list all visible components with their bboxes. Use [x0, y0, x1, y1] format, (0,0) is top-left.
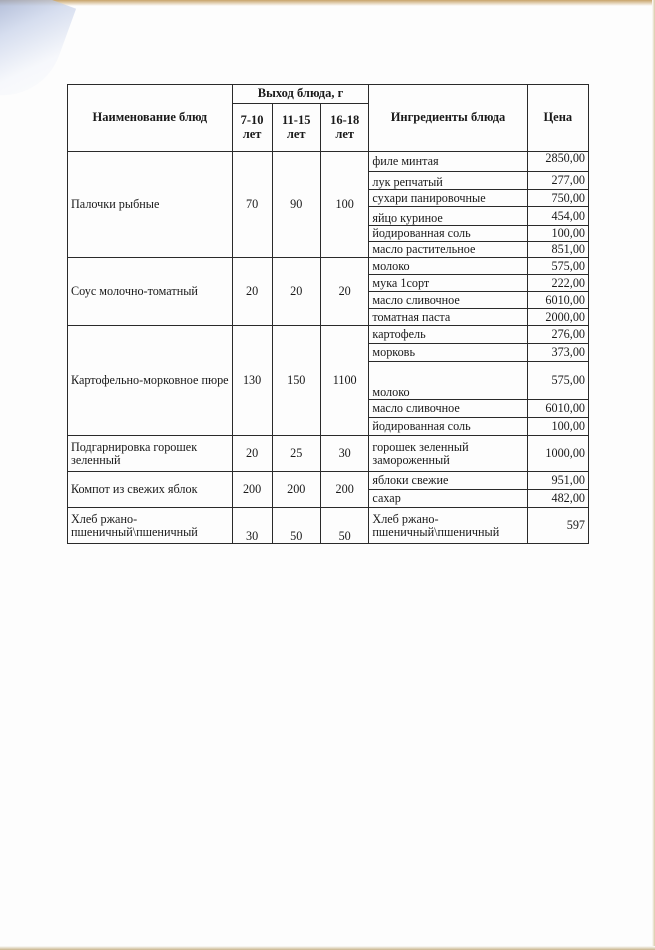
ingredient-price: 951,00: [527, 472, 588, 490]
ingredient-name: йодированная соль: [369, 418, 527, 436]
ingredient-name: масло сливочное: [369, 400, 527, 418]
ingredient-price: 851,00: [527, 242, 588, 258]
header-row-1: Наименование блюд Выход блюда, г Ингреди…: [68, 85, 589, 104]
ingredient-price: 750,00: [527, 190, 588, 207]
ingredient-price: 100,00: [527, 418, 588, 436]
ingredient-name: масло растительное: [369, 242, 527, 258]
ingredient-price: 277,00: [527, 172, 588, 190]
table-row: Соус молочно-томатный202020молоко575,00: [68, 258, 589, 275]
header-dish-name: Наименование блюд: [68, 85, 233, 152]
dish-yield-age-1: 25: [272, 436, 320, 472]
ingredient-price: 482,00: [527, 490, 588, 508]
dish-yield-age-0: 200: [232, 472, 272, 508]
ingredient-name: сахар: [369, 490, 527, 508]
table-row: Картофельно-морковное пюре1301501100карт…: [68, 326, 589, 344]
ingredient-price: 2850,00: [527, 152, 588, 172]
header-ingredients: Ингредиенты блюда: [369, 85, 527, 152]
dish-yield-age-2: 100: [320, 152, 368, 258]
ingredient-price: 100,00: [527, 226, 588, 242]
table-body: Палочки рыбные7090100филе минтая2850,00 …: [68, 152, 589, 544]
ingredient-name: яйцо куриное: [369, 207, 527, 226]
table-row: Компот из свежих яблок200200200яблоки св…: [68, 472, 589, 490]
ingredient-name: масло сливочное: [369, 292, 527, 309]
ingredient-price: 373,00: [527, 344, 588, 362]
ingredient-name: Хлеб ржано-пшеничный\пшеничный: [369, 508, 527, 544]
dish-yield-age-1: 20: [272, 258, 320, 326]
dish-name: Компот из свежих яблок: [68, 472, 233, 508]
dish-name: Соус молочно-томатный: [68, 258, 233, 326]
dish-yield-age-0: 130: [232, 326, 272, 436]
dish-name: Палочки рыбные: [68, 152, 233, 258]
ingredient-name: картофель: [369, 326, 527, 344]
table-row: Подгарнировка горошек зеленный202530горо…: [68, 436, 589, 472]
ingredient-name: яблоки свежие: [369, 472, 527, 490]
ingredient-name: молоко: [369, 258, 527, 275]
header-age-11-15: 11-15 лет: [272, 104, 320, 152]
paper-edge-top: [0, 0, 655, 6]
ingredient-price: 6010,00: [527, 400, 588, 418]
dish-yield-age-2: 1100: [320, 326, 368, 436]
dish-yield-age-1: 150: [272, 326, 320, 436]
dish-yield-age-1: 200: [272, 472, 320, 508]
ingredient-name: молоко: [369, 362, 527, 400]
ingredient-name: йодированная соль: [369, 226, 527, 242]
table-row: Палочки рыбные7090100филе минтая2850,00: [68, 152, 589, 172]
dish-yield-age-0: 20: [232, 258, 272, 326]
ingredient-price: 1000,00: [527, 436, 588, 472]
table-row: Хлеб ржано-пшеничный\пшеничный305050Хлеб…: [68, 508, 589, 544]
menu-ingredients-table: Наименование блюд Выход блюда, г Ингреди…: [67, 84, 589, 544]
ingredient-price: 222,00: [527, 275, 588, 292]
dish-yield-age-2: 50: [320, 508, 368, 544]
dish-yield-age-2: 200: [320, 472, 368, 508]
ingredient-name: мука 1сорт: [369, 275, 527, 292]
ingredient-name: томатная паста: [369, 309, 527, 326]
dish-yield-age-2: 20: [320, 258, 368, 326]
header-price: Цена: [527, 85, 588, 152]
ingredient-price: 276,00: [527, 326, 588, 344]
dish-name: Хлеб ржано-пшеничный\пшеничный: [68, 508, 233, 544]
ingredient-name: лук репчатый: [369, 172, 527, 190]
ingredient-price: 454,00: [527, 207, 588, 226]
dish-yield-age-1: 90: [272, 152, 320, 258]
ingredient-name: сухари панировочные: [369, 190, 527, 207]
dish-yield-age-0: 30: [232, 508, 272, 544]
ingredient-price: 2000,00: [527, 309, 588, 326]
header-yield-group: Выход блюда, г: [232, 85, 369, 104]
dish-name: Картофельно-морковное пюре: [68, 326, 233, 436]
dish-yield-age-0: 20: [232, 436, 272, 472]
dish-yield-age-0: 70: [232, 152, 272, 258]
header-age-16-18: 16-18 лет: [320, 104, 368, 152]
dish-yield-age-1: 50: [272, 508, 320, 544]
header-age-7-10: 7-10 лет: [232, 104, 272, 152]
dish-yield-age-2: 30: [320, 436, 368, 472]
ingredient-price: 597: [527, 508, 588, 544]
ingredient-price: 6010,00: [527, 292, 588, 309]
ingredient-name: горошек зеленный замороженный: [369, 436, 527, 472]
page-curl: [0, 0, 76, 112]
ingredient-name: морковь: [369, 344, 527, 362]
dish-name: Подгарнировка горошек зеленный: [68, 436, 233, 472]
ingredient-price: 575,00: [527, 362, 588, 400]
paper-edge-bottom: [0, 946, 655, 950]
ingredient-name: филе минтая: [369, 152, 527, 172]
ingredient-price: 575,00: [527, 258, 588, 275]
